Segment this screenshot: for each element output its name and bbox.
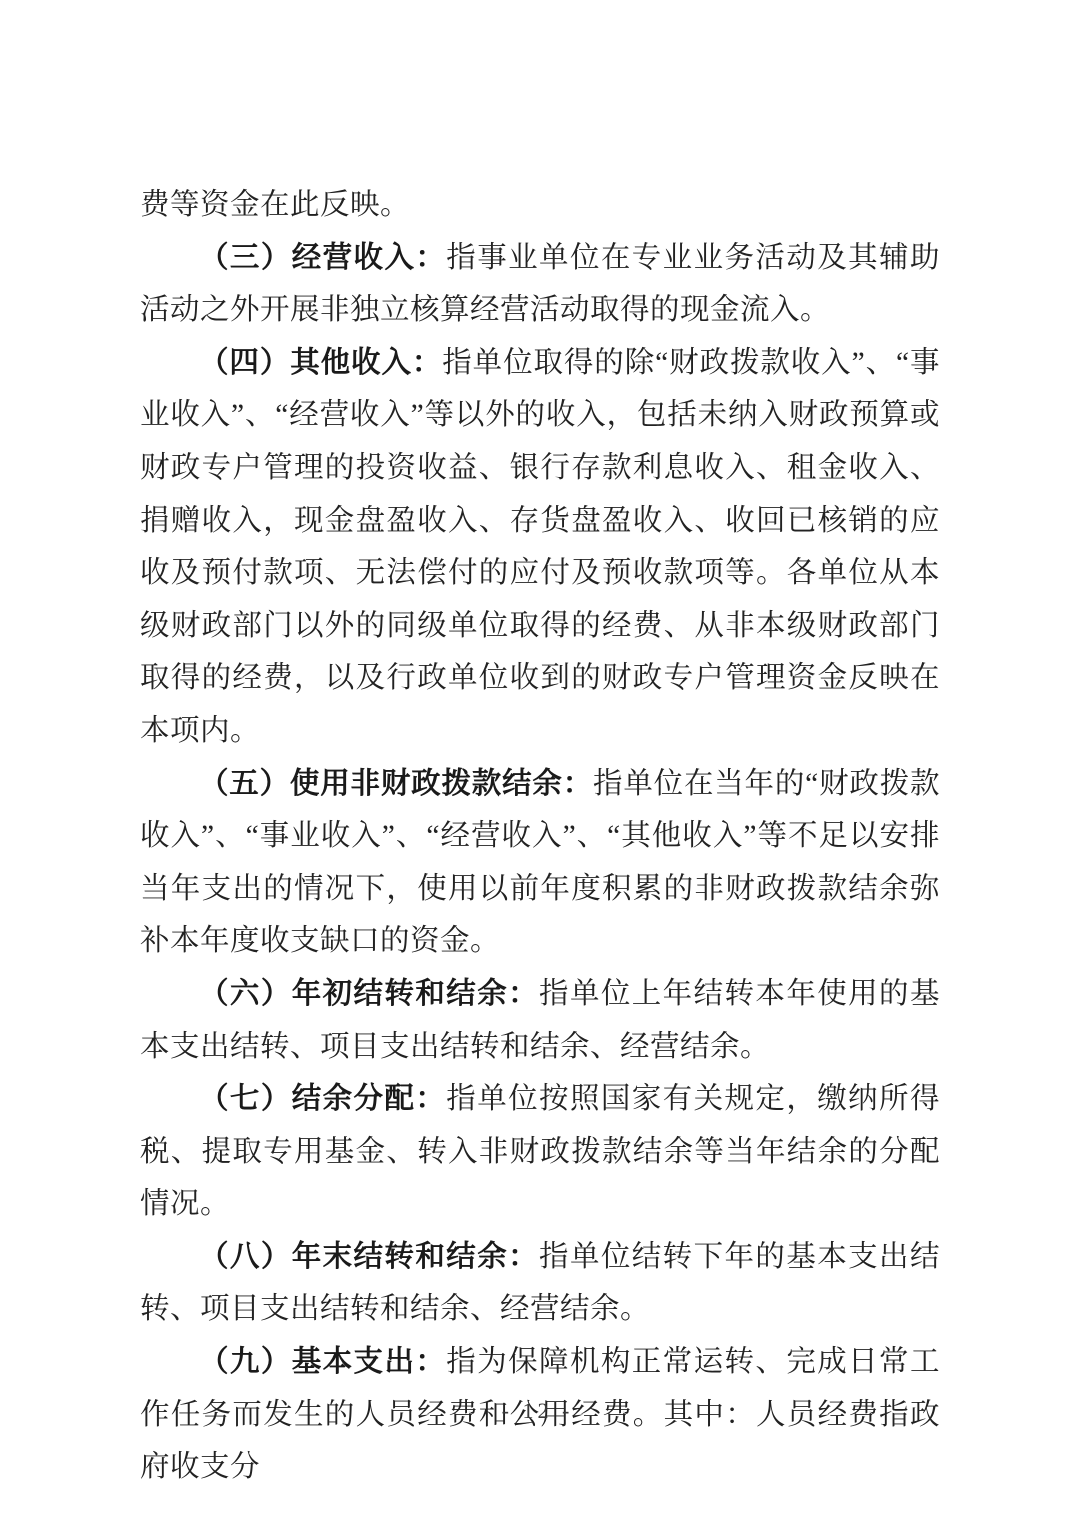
term-label: （四）其他收入： <box>199 347 442 379</box>
term-label: （六）年初结转和结余： <box>199 978 539 1010</box>
document-text-block: 费等资金在此反映。 （三）经营收入：指事业单位在专业业务活动及其辅助活动之外开展… <box>140 179 940 1494</box>
term-label: （九）基本支出： <box>199 1346 446 1378</box>
term-label: （三）经营收入： <box>199 242 446 274</box>
paragraph-item-6: （六）年初结转和结余：指单位上年结转本年使用的基本支出结转、项目支出结转和结余、… <box>140 968 940 1073</box>
paragraph-item-8: （八）年末结转和结余：指单位结转下年的基本支出结转、项目支出结转和结余、经营结余… <box>140 1231 940 1336</box>
paragraph-text: 指单位取得的除“财政拨款收入”、“事业收入”、“经营收入”等以外的收入，包括未纳… <box>140 347 940 747</box>
term-label: （八）年末结转和结余： <box>199 1241 539 1273</box>
page-number: - 12 - <box>0 1398 1075 1424</box>
term-label: （七）结余分配： <box>199 1083 446 1115</box>
paragraph-item-5: （五）使用非财政拨款结余：指单位在当年的“财政拨款收入”、“事业收入”、“经营收… <box>140 758 940 968</box>
paragraph-item-7: （七）结余分配：指单位按照国家有关规定，缴纳所得税、提取专用基金、转入非财政拨款… <box>140 1073 940 1231</box>
paragraph-item-3: （三）经营收入：指事业单位在专业业务活动及其辅助活动之外开展非独立核算经营活动取… <box>140 232 940 337</box>
paragraph-text: 费等资金在此反映。 <box>140 189 410 221</box>
paragraph-continuation: 费等资金在此反映。 <box>140 179 940 232</box>
document-page: 费等资金在此反映。 （三）经营收入：指事业单位在专业业务活动及其辅助活动之外开展… <box>0 0 1075 1520</box>
term-label: （五）使用非财政拨款结余： <box>199 768 593 800</box>
paragraph-item-4: （四）其他收入：指单位取得的除“财政拨款收入”、“事业收入”、“经营收入”等以外… <box>140 337 940 758</box>
